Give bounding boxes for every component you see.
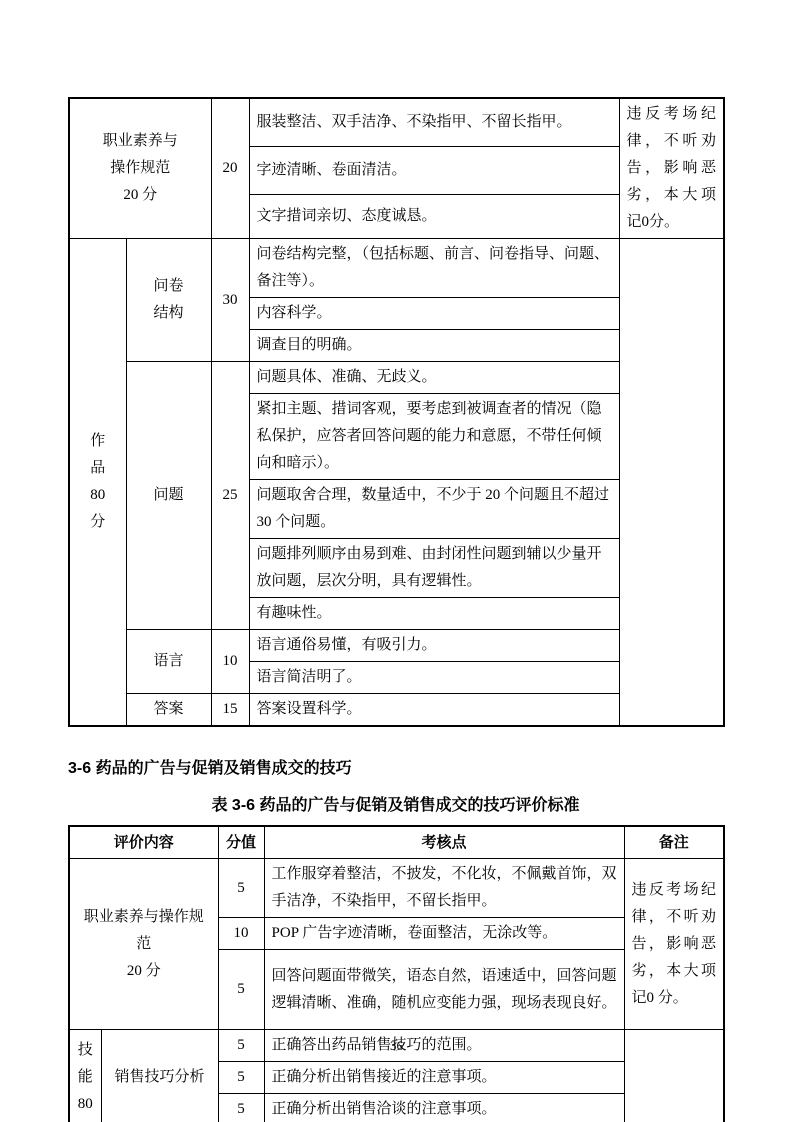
score-cell: 5 [218, 1062, 264, 1094]
score-cell: 5 [218, 1094, 264, 1122]
remark-cell: 违反考场纪律，不听劝告，影响恶劣，本大项记0 分。 [624, 859, 724, 1030]
score-cell: 10 [211, 630, 249, 694]
evaluation-table-2: 评价内容 分值 考核点 备注 职业素养与操作规范 20 分 5 工作服穿着整洁，… [68, 825, 725, 1122]
header-points: 考核点 [264, 826, 624, 859]
criterion-cell: 服装整洁、双手洁净、不染指甲、不留长指甲。 [249, 98, 619, 147]
criterion-cell: 有趣味性。 [249, 598, 619, 630]
header-remark: 备注 [624, 826, 724, 859]
table-row: 职业素养与操作规范 20 分 5 工作服穿着整洁，不披发，不化妆，不佩戴首饰，双… [69, 859, 724, 918]
score-cell: 5 [218, 950, 264, 1030]
criterion-cell: 问题具体、准确、无歧义。 [249, 362, 619, 394]
category-cell: 职业素养与 操作规范 20 分 [69, 98, 211, 239]
criterion-cell: 问题排列顺序由易到难、由封闭性问题到辅以少量开放问题，层次分明，具有逻辑性。 [249, 539, 619, 598]
criterion-cell: 语言通俗易懂，有吸引力。 [249, 630, 619, 662]
page-content: 职业素养与 操作规范 20 分 20 服装整洁、双手洁净、不染指甲、不留长指甲。… [68, 97, 723, 1122]
score-cell: 25 [211, 362, 249, 630]
category-cell: 职业素养与操作规范 20 分 [69, 859, 218, 1030]
subcategory-cell: 问卷 结构 [126, 239, 211, 362]
criterion-cell: 问题取舍合理，数量适中，不少于 20 个问题且不超过 30 个问题。 [249, 480, 619, 539]
score-cell: 20 [211, 98, 249, 239]
criterion-cell: POP 广告字迹清晰，卷面整洁，无涂改等。 [264, 918, 624, 950]
criterion-cell: 字迹清晰、卷面清洁。 [249, 147, 619, 195]
subcategory-cell: 语言 [126, 630, 211, 694]
subcategory-cell: 答案 [126, 694, 211, 727]
table-header-row: 评价内容 分值 考核点 备注 [69, 826, 724, 859]
criterion-cell: 工作服穿着整洁，不披发，不化妆，不佩戴首饰，双手洁净，不染指甲，不留长指甲。 [264, 859, 624, 918]
section-heading: 3-6 药品的广告与促销及销售成交的技巧 [68, 755, 723, 778]
page-number: 36 [0, 1038, 793, 1054]
criterion-cell: 答案设置科学。 [249, 694, 619, 727]
criterion-cell: 内容科学。 [249, 298, 619, 330]
score-cell: 30 [211, 239, 249, 362]
criterion-cell: 文字措词亲切、态度诚恳。 [249, 194, 619, 238]
criterion-cell: 正确分析出销售接近的注意事项。 [264, 1062, 624, 1094]
table-caption: 表 3-6 药品的广告与促销及销售成交的技巧评价标准 [68, 792, 723, 815]
evaluation-table-1: 职业素养与 操作规范 20 分 20 服装整洁、双手洁净、不染指甲、不留长指甲。… [68, 97, 725, 727]
document-page: 职业素养与 操作规范 20 分 20 服装整洁、双手洁净、不染指甲、不留长指甲。… [0, 0, 793, 1122]
table-row: 作 品 80 分 问卷 结构 30 问卷结构完整，（包括标题、前言、问卷指导、问… [69, 239, 724, 298]
score-cell: 10 [218, 918, 264, 950]
header-score: 分值 [218, 826, 264, 859]
criterion-cell: 问卷结构完整，（包括标题、前言、问卷指导、问题、备注等）。 [249, 239, 619, 298]
category-cell: 作 品 80 分 [69, 239, 126, 727]
subcategory-cell: 问题 [126, 362, 211, 630]
criterion-cell: 紧扣主题、措词客观，要考虑到被调查者的情况（隐私保护，应答者回答问题的能力和意愿… [249, 394, 619, 480]
criterion-cell: 语言简洁明了。 [249, 662, 619, 694]
score-cell: 15 [211, 694, 249, 727]
header-content: 评价内容 [69, 826, 218, 859]
remark-cell: 违反考场纪律，不听劝告，影响恶劣，本大项记0分。 [619, 98, 724, 239]
remark-cell-empty [619, 239, 724, 727]
criterion-cell: 回答问题面带微笑，语态自然，语速适中，回答问题逻辑清晰、准确，随机应变能力强，现… [264, 950, 624, 1030]
criterion-cell: 调查目的明确。 [249, 330, 619, 362]
criterion-cell: 正确分析出销售洽谈的注意事项。 [264, 1094, 624, 1122]
score-cell: 5 [218, 859, 264, 918]
table-row: 职业素养与 操作规范 20 分 20 服装整洁、双手洁净、不染指甲、不留长指甲。… [69, 98, 724, 147]
